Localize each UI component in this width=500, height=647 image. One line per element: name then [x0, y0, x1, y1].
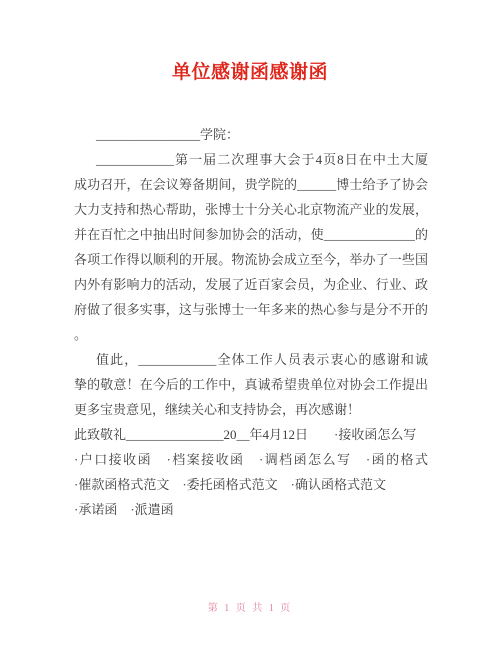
- body-line: 并在百忙之中抽出时间参加协会的活动，使______________的: [74, 222, 428, 247]
- body-line: 。: [74, 322, 428, 347]
- body-line: 内外有影响力的活动，发展了近百家会员，为企业、行业、政: [74, 272, 428, 297]
- related-links-line: ·户口接收函 ·档案接收函 ·调档函怎么写 ·函的格式: [74, 447, 428, 472]
- body-line: 成功召开，在会议筹备期间，贵学院的______博士给予了协会: [74, 172, 428, 197]
- salutation-line: ________________学院：: [74, 122, 428, 147]
- opening-line: ____________第一届二次理事大会于4页8日在中土大厦: [74, 147, 428, 172]
- page-number-footer: 第 1 页 共 1 页: [0, 599, 500, 614]
- body-line: 大力支持和热心帮助，张博士十分关心北京物流产业的发展，: [74, 197, 428, 222]
- related-links-line: ·催款函格式范文 ·委托函格式范文 ·确认函格式范文: [74, 472, 428, 497]
- document-page: 单位感谢函感谢函 ________________学院： ___________…: [0, 0, 500, 647]
- related-links-line: ·承诺函 ·派遣函: [74, 497, 428, 522]
- closing-line: 挚的敬意！在今后的工作中，真诚希望贵单位对协会工作提出: [74, 372, 428, 397]
- page-title: 单位感谢函感谢函: [0, 0, 500, 84]
- signoff-date-line: 此致敬礼_______________20__年4月12日 ·接收函怎么写: [74, 422, 428, 447]
- closing-line: 值此，____________全体工作人员表示衷心的感谢和诚: [74, 347, 428, 372]
- closing-line: 更多宝贵意见，继续关心和支持协会，再次感谢！: [74, 397, 428, 422]
- body-line: 各项工作得以顺利的开展。物流协会成立至今，举办了一些国: [74, 247, 428, 272]
- document-body: ________________学院： ____________第一届二次理事大…: [74, 122, 428, 522]
- body-line: 府做了很多实事，这与张博士一年多来的热心参与是分不开的: [74, 297, 428, 322]
